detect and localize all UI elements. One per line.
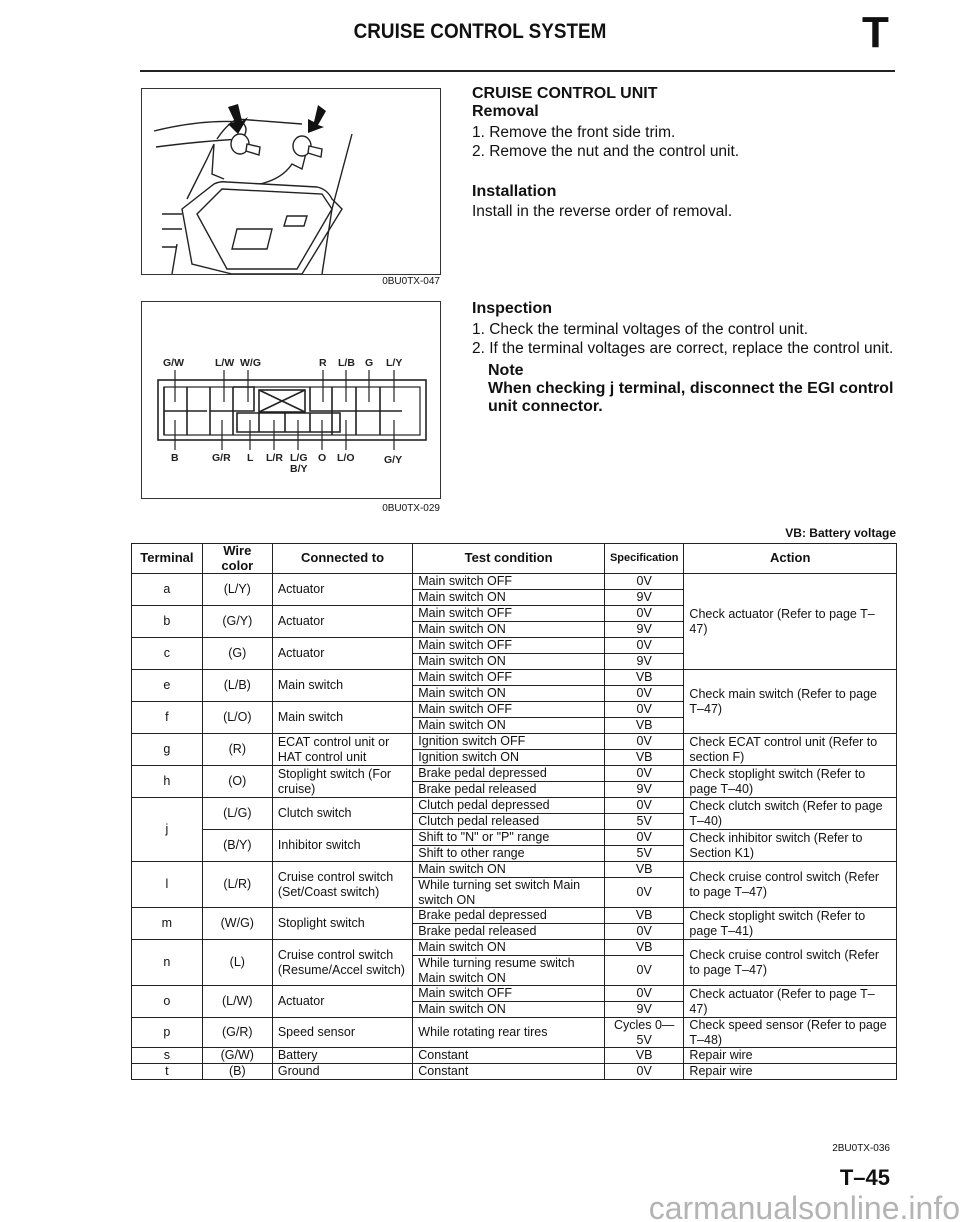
test-condition-cell: While turning resume switch Main switch …: [413, 956, 605, 986]
header-specification: Specification: [604, 544, 683, 574]
pin-label: L/B: [338, 357, 355, 369]
specification-cell: 0V: [604, 986, 683, 1002]
specification-cell: 0V: [604, 830, 683, 846]
table-row: e(L/B)Main switchMain switch OFFVBCheck …: [132, 670, 897, 686]
action-cell: Repair wire: [684, 1064, 897, 1080]
header-action: Action: [684, 544, 897, 574]
connected-to-cell: Ground: [272, 1064, 412, 1080]
pin-label: L/W: [215, 357, 234, 369]
specification-cell: 0V: [604, 878, 683, 908]
header-terminal: Terminal: [132, 544, 203, 574]
action-cell: Check actuator (Refer to page T–47): [684, 574, 897, 670]
wire-color-cell: (B/Y): [202, 830, 272, 862]
test-condition-cell: Shift to other range: [413, 846, 605, 862]
specification-cell: 0V: [604, 798, 683, 814]
test-condition-cell: Brake pedal released: [413, 782, 605, 798]
test-condition-cell: Clutch pedal released: [413, 814, 605, 830]
connected-to-cell: Main switch: [272, 670, 412, 702]
test-condition-cell: Main switch OFF: [413, 670, 605, 686]
wire-color-cell: (L/O): [202, 702, 272, 734]
connected-to-cell: Actuator: [272, 606, 412, 638]
watermark: carmanualsonline.info: [560, 1190, 960, 1222]
terminal-voltage-table: Terminal Wire color Connected to Test co…: [131, 543, 897, 1080]
wire-color-cell: (G/Y): [202, 606, 272, 638]
specification-cell: 0V: [604, 574, 683, 590]
test-condition-cell: Clutch pedal depressed: [413, 798, 605, 814]
specification-cell: VB: [604, 750, 683, 766]
pin-label: R: [319, 357, 327, 369]
wire-color-cell: (G/W): [202, 1048, 272, 1064]
terminal-cell: m: [132, 908, 203, 940]
connected-to-cell: Cruise control switch (Set/Coast switch): [272, 862, 412, 908]
specification-cell: 5V: [604, 814, 683, 830]
wire-color-cell: (B): [202, 1064, 272, 1080]
pin-label: B/Y: [290, 463, 308, 475]
test-condition-cell: Main switch ON: [413, 686, 605, 702]
removal-step: 1. Remove the front side trim.: [472, 123, 739, 142]
terminal-cell: j: [132, 798, 203, 862]
table-row: n(L)Cruise control switch (Resume/Accel …: [132, 940, 897, 956]
terminal-cell: f: [132, 702, 203, 734]
terminal-cell: o: [132, 986, 203, 1018]
terminal-cell: a: [132, 574, 203, 606]
action-cell: Check clutch switch (Refer to page T–40): [684, 798, 897, 830]
connected-to-cell: Actuator: [272, 638, 412, 670]
table-row: g(R)ECAT control unit or HAT control uni…: [132, 734, 897, 750]
table-row: s(G/W)BatteryConstantVBRepair wire: [132, 1048, 897, 1064]
connected-to-cell: Actuator: [272, 574, 412, 606]
removal-heading: Removal: [472, 103, 539, 121]
test-condition-cell: Constant: [413, 1048, 605, 1064]
header-rule: [140, 70, 895, 72]
specification-cell: 5V: [604, 846, 683, 862]
pin-label: W/G: [240, 357, 261, 369]
specification-cell: 9V: [604, 1002, 683, 1018]
pin-label: O: [318, 452, 326, 464]
table-row: j(L/G)Clutch switchClutch pedal depresse…: [132, 798, 897, 814]
pin-label: G/R: [212, 452, 231, 464]
table-code: 2BU0TX-036: [700, 1143, 890, 1154]
wire-color-cell: (G/R): [202, 1018, 272, 1048]
test-condition-cell: Main switch ON: [413, 622, 605, 638]
pin-label: L/R: [266, 452, 283, 464]
terminal-cell: b: [132, 606, 203, 638]
pin-label: B: [171, 452, 179, 464]
specification-cell: 0V: [604, 1064, 683, 1080]
pin-label: L/O: [337, 452, 355, 464]
connected-to-cell: ECAT control unit or HAT control unit: [272, 734, 412, 766]
terminal-cell: s: [132, 1048, 203, 1064]
action-cell: Check stoplight switch (Refer to page T–…: [684, 908, 897, 940]
connected-to-cell: Inhibitor switch: [272, 830, 412, 862]
specification-cell: 0V: [604, 956, 683, 986]
test-condition-cell: Main switch OFF: [413, 638, 605, 654]
installation-heading: Installation: [472, 183, 556, 201]
section-title: CRUISE CONTROL UNIT: [472, 85, 657, 103]
inspection-heading: Inspection: [472, 300, 552, 318]
test-condition-cell: Main switch ON: [413, 940, 605, 956]
specification-cell: 0V: [604, 924, 683, 940]
table-row: (B/Y)Inhibitor switchShift to "N" or "P"…: [132, 830, 897, 846]
specification-cell: 9V: [604, 590, 683, 606]
test-condition-cell: Main switch OFF: [413, 606, 605, 622]
page-title: CRUISE CONTROL SYSTEM: [48, 20, 912, 44]
table-header-row: Terminal Wire color Connected to Test co…: [132, 544, 897, 574]
specification-cell: VB: [604, 940, 683, 956]
test-condition-cell: Main switch OFF: [413, 986, 605, 1002]
specification-cell: 0V: [604, 686, 683, 702]
action-cell: Repair wire: [684, 1048, 897, 1064]
page-number: T–45: [810, 1165, 890, 1191]
control-unit-illustration: [141, 88, 441, 275]
wire-color-cell: (G): [202, 638, 272, 670]
wire-color-cell: (W/G): [202, 908, 272, 940]
header-connected-to: Connected to: [272, 544, 412, 574]
control-unit-mounting-icon: [142, 89, 440, 274]
action-cell: Check ECAT control unit (Refer to sectio…: [684, 734, 897, 766]
figure-code: 0BU0TX-047: [300, 276, 440, 287]
removal-step: 2. Remove the nut and the control unit.: [472, 142, 739, 161]
connected-to-cell: Battery: [272, 1048, 412, 1064]
test-condition-cell: Main switch ON: [413, 718, 605, 734]
terminal-cell: l: [132, 862, 203, 908]
table-row: h(O)Stoplight switch (For cruise)Brake p…: [132, 766, 897, 782]
specification-cell: Cycles 0—5V: [604, 1018, 683, 1048]
connected-to-cell: Actuator: [272, 986, 412, 1018]
connected-to-cell: Cruise control switch (Resume/Accel swit…: [272, 940, 412, 986]
section-letter: T: [862, 8, 889, 58]
specification-cell: VB: [604, 670, 683, 686]
wire-color-cell: (L/R): [202, 862, 272, 908]
connected-to-cell: Speed sensor: [272, 1018, 412, 1048]
connected-to-cell: Main switch: [272, 702, 412, 734]
wire-color-cell: (L/B): [202, 670, 272, 702]
wire-color-cell: (L/Y): [202, 574, 272, 606]
terminal-cell: h: [132, 766, 203, 798]
specification-cell: 0V: [604, 638, 683, 654]
connected-to-cell: Stoplight switch: [272, 908, 412, 940]
installation-text: Install in the reverse order of removal.: [472, 202, 732, 221]
specification-cell: 0V: [604, 606, 683, 622]
terminal-cell: t: [132, 1064, 203, 1080]
inspection-step: 2. If the terminal voltages are correct,…: [472, 339, 893, 358]
vb-legend: VB: Battery voltage: [700, 526, 896, 540]
table-row: a(L/Y)ActuatorMain switch OFF0VCheck act…: [132, 574, 897, 590]
action-cell: Check cruise control switch (Refer to pa…: [684, 940, 897, 986]
action-cell: Check inhibitor switch (Refer to Section…: [684, 830, 897, 862]
specification-cell: 9V: [604, 622, 683, 638]
pin-label: G: [365, 357, 373, 369]
figure-code: 0BU0TX-029: [300, 503, 440, 514]
pin-label: G/Y: [384, 454, 402, 466]
test-condition-cell: Brake pedal depressed: [413, 908, 605, 924]
test-condition-cell: Brake pedal depressed: [413, 766, 605, 782]
specification-cell: 0V: [604, 766, 683, 782]
inspection-steps: 1. Check the terminal voltages of the co…: [472, 320, 893, 358]
test-condition-cell: While rotating rear tires: [413, 1018, 605, 1048]
test-condition-cell: Main switch OFF: [413, 574, 605, 590]
action-cell: Check main switch (Refer to page T–47): [684, 670, 897, 734]
connector-diagram: G/W L/W W/G R L/B G L/Y B G/R L L/R L/G …: [141, 301, 441, 499]
action-cell: Check cruise control switch (Refer to pa…: [684, 862, 897, 908]
test-condition-cell: Main switch ON: [413, 862, 605, 878]
connected-to-cell: Clutch switch: [272, 798, 412, 830]
test-condition-cell: Main switch OFF: [413, 702, 605, 718]
wire-color-cell: (L/G): [202, 798, 272, 830]
specification-cell: VB: [604, 1048, 683, 1064]
action-cell: Check speed sensor (Refer to page T–48): [684, 1018, 897, 1048]
inspection-step: 1. Check the terminal voltages of the co…: [472, 320, 893, 339]
wire-color-cell: (L): [202, 940, 272, 986]
table-row: l(L/R)Cruise control switch (Set/Coast s…: [132, 862, 897, 878]
removal-steps: 1. Remove the front side trim. 2. Remove…: [472, 123, 739, 161]
test-condition-cell: Constant: [413, 1064, 605, 1080]
terminal-cell: p: [132, 1018, 203, 1048]
wire-color-cell: (R): [202, 734, 272, 766]
test-condition-cell: Brake pedal released: [413, 924, 605, 940]
test-condition-cell: Ignition switch OFF: [413, 734, 605, 750]
test-condition-cell: While turning set switch Main switch ON: [413, 878, 605, 908]
specification-cell: VB: [604, 718, 683, 734]
terminal-cell: c: [132, 638, 203, 670]
table-row: m(W/G)Stoplight switchBrake pedal depres…: [132, 908, 897, 924]
action-cell: Check stoplight switch (Refer to page T–…: [684, 766, 897, 798]
header-test-condition: Test condition: [413, 544, 605, 574]
specification-cell: 9V: [604, 654, 683, 670]
pin-label: L: [247, 452, 253, 464]
connected-to-cell: Stoplight switch (For cruise): [272, 766, 412, 798]
test-condition-cell: Main switch ON: [413, 590, 605, 606]
table-row: p(G/R)Speed sensorWhile rotating rear ti…: [132, 1018, 897, 1048]
terminal-cell: n: [132, 940, 203, 986]
specification-cell: VB: [604, 862, 683, 878]
terminal-cell: g: [132, 734, 203, 766]
specification-cell: VB: [604, 908, 683, 924]
wire-color-cell: (O): [202, 766, 272, 798]
pin-label: G/W: [163, 357, 184, 369]
specification-cell: 0V: [604, 702, 683, 718]
wire-color-cell: (L/W): [202, 986, 272, 1018]
table-row: t(B)GroundConstant0VRepair wire: [132, 1064, 897, 1080]
action-cell: Check actuator (Refer to page T–47): [684, 986, 897, 1018]
terminal-cell: e: [132, 670, 203, 702]
test-condition-cell: Ignition switch ON: [413, 750, 605, 766]
pin-label: L/Y: [386, 357, 402, 369]
test-condition-cell: Shift to "N" or "P" range: [413, 830, 605, 846]
table-row: o(L/W)ActuatorMain switch OFF0VCheck act…: [132, 986, 897, 1002]
note-text: When checking j terminal, disconnect the…: [488, 380, 908, 416]
header-wire-color: Wire color: [202, 544, 272, 574]
specification-cell: 0V: [604, 734, 683, 750]
note-heading: Note: [488, 362, 524, 380]
test-condition-cell: Main switch ON: [413, 1002, 605, 1018]
specification-cell: 9V: [604, 782, 683, 798]
test-condition-cell: Main switch ON: [413, 654, 605, 670]
